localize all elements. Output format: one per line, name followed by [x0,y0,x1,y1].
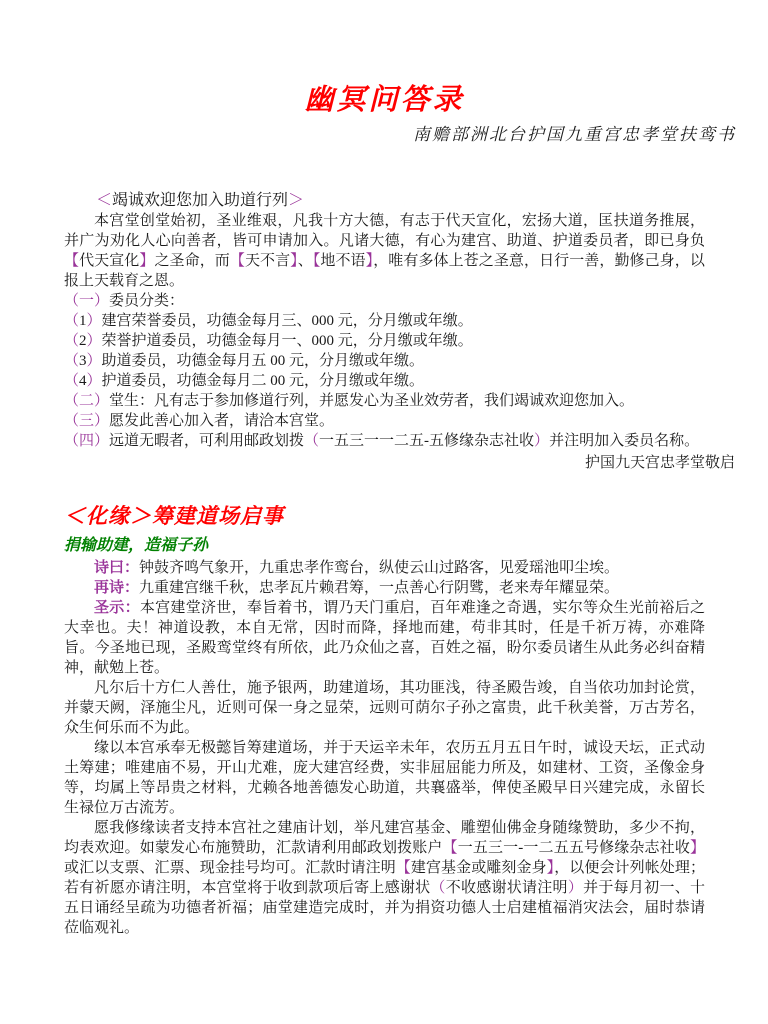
fundraising-section-heading: ＜化缘＞筹建道场启事 [64,503,705,529]
highlighted-text: 【 [443,840,458,856]
body-text: 或汇以支票、汇票、现金挂号均可。汇款时请注明 [64,860,396,876]
body-text: 凡尔后十方仁人善仕，施予银两，助建道场，其功匪浅，待圣殿告竣，自当依功加封论赏，… [64,680,705,736]
body-text: 1 [79,313,87,329]
highlighted-text: ＞ [288,192,304,209]
doc-title: 幽冥问答录 [64,83,705,117]
body-text: 九重建宫继千秋，忠孝瓦片赖君筹，一点善心行阴骘，老来寿年耀显荣。 [139,580,619,596]
body-text: 建宫荣誉委员，功德金每月三、000 元，分月缴或年缴。 [102,313,473,329]
poem-line-2: 再诗：九重建宫继千秋，忠孝瓦片赖君筹，一点善心行阴骘，老来寿年耀显荣。 [64,578,705,598]
holy-instruction-paragraph: 圣示：本宫建堂济世，奉旨着书，谓乃天门重启，百年难逢之奇遇，实尔等众生光前裕后之… [64,598,705,678]
highlighted-text: （ [64,313,79,329]
body-text: 堂生：凡有志于参加修道行列，并愿发心为圣业效劳者，我们竭诚欢迎您加入。 [109,393,634,409]
highlighted-text: ） [87,353,102,369]
list-item-hall-students: （二）堂生：凡有志于参加修道行列，并愿发心为圣业效劳者，我们竭诚欢迎您加入。 [64,391,705,411]
body-text: 天不言 [245,253,290,269]
list-item-contact: （三）愿发此善心加入者，请洽本宫堂。 [64,411,705,431]
body-text: 助道委员，功德金每月五 00 元，分月缴或年缴。 [102,353,425,369]
fundraising-subheading: 捐输助建，造福子孙 [64,536,705,556]
highlighted-text: （二） [64,393,109,409]
body-text: 、 [298,253,313,269]
highlighted-text: （三） [64,413,109,429]
highlighted-text: 【 [64,253,79,269]
body-text: 地不语 [320,253,365,269]
highlighted-text: ＜ [96,192,112,209]
body-text: 远道无暇者，可利用邮政划拨 [109,433,304,449]
list-item-member-classes: （一）委员分类： [64,291,705,311]
highlighted-text: ） [87,373,102,389]
list-item-postal-remittance: （四）远道无暇者，可利用邮政划拨（一五三一一二五-五修缘杂志社收）并注明加入委员… [64,431,705,451]
body-text: 竭诚欢迎您加入助道行列 [112,192,288,209]
highlighted-text: ） [568,880,583,896]
list-item-class-1: （1）建宫荣誉委员，功德金每月三、000 元，分月缴或年缴。 [64,311,705,331]
highlighted-text: （ [430,880,445,896]
highlighted-text: （一） [64,293,109,309]
body-text: 2 [79,333,87,349]
body-text: 并注明加入委员名称。 [549,433,699,449]
body-text: 一五三一-一二五五号修缘杂志社收 [458,840,690,856]
list-item-class-2: （2）荣誉护道委员，功德金每月一、000 元，分月缴或年缴。 [64,331,705,351]
body-text: 之圣命，而 [154,253,229,269]
highlighted-text: 再诗： [94,580,139,596]
body-text: 愿发此善心加入者，请洽本宫堂。 [109,413,334,429]
highlighted-text: （ [64,333,79,349]
body-text: 缘以本宫承奉无极懿旨筹建道场，并于天运辛未年，农历五月五日午时，诚设天坛，正式动… [64,740,705,816]
body-text: 本宫堂创堂始初，圣业维艰，凡我十方大德，有志于代天宣化，宏扬大道，匡扶道务推展，… [64,213,705,249]
body-text: 护道委员，功德金每月二 00 元，分月缴或年缴。 [102,373,425,389]
body-text: 一五三一一二五-五修缘杂志社收 [319,433,534,449]
highlighted-text: 圣示： [94,600,140,616]
signoff-line: 护国九天宫忠孝堂敬启 [64,453,735,473]
highlighted-text: 】 [290,253,298,269]
highlighted-text: 】 [690,840,705,856]
highlighted-text: （四） [64,433,109,449]
construction-funding-paragraph: 缘以本宫承奉无极懿旨筹建道场，并于天运辛未年，农历五月五日午时，诚设天坛，正式动… [64,738,705,818]
highlighted-text: ） [87,313,102,329]
list-item-class-3: （3）助道委员，功德金每月五 00 元，分月缴或年缴。 [64,351,705,371]
merit-reward-paragraph: 凡尔后十方仁人善仕，施予银两，助建道场，其功匪浅，待圣殿告竣，自当依功加封论赏，… [64,678,705,738]
body-text: 委员分类： [109,293,184,309]
body-text: 代天宣化 [79,253,139,269]
highlighted-text: 诗曰： [94,560,139,576]
body-text: 钟鼓齐鸣气象开，九重忠孝作鸾台，纵使云山过路客，见爱瑶池叩尘埃。 [139,560,619,576]
doc-subtitle: 南赡部洲北台护国九重宫忠孝堂扶鸾书 [64,124,736,146]
body-text: 荣誉护道委员，功德金每月一、000 元，分月缴或年缴。 [102,333,473,349]
highlighted-text: 】 [139,253,154,269]
join-section-heading: ＜竭诚欢迎您加入助道行列＞ [64,190,705,211]
document-page: 幽冥问答录 南赡部洲北台护国九重宫忠孝堂扶鸾书 ＜竭诚欢迎您加入助道行列＞ 本宫… [0,0,768,1024]
highlighted-text: ） [534,433,549,449]
poem-line-1: 诗曰：钟鼓齐鸣气象开，九重忠孝作鸾台，纵使云山过路客，见爱瑶池叩尘埃。 [64,558,705,578]
highlighted-text: 【 [396,860,411,876]
highlighted-text: （ [64,373,79,389]
body-text: 4 [79,373,87,389]
highlighted-text: 【 [230,253,245,269]
body-text: 3 [79,353,87,369]
donation-instructions-paragraph: 愿我修缘读者支持本宫社之建庙计划，举凡建宫基金、雕塑仙佛金身随缘赞助，多少不拘，… [64,818,705,938]
body-text: 本宫建堂济世，奉旨着书，谓乃天门重启，百年难逢之奇遇，实尔等众生光前裕后之大幸也… [64,600,705,676]
highlighted-text: ） [87,333,102,349]
highlighted-text: （ [304,433,319,449]
body-text: 不收感谢状请注明 [446,880,568,896]
document-content: 幽冥问答录 南赡部洲北台护国九重宫忠孝堂扶鸾书 ＜竭诚欢迎您加入助道行列＞ 本宫… [0,0,768,938]
list-item-class-4: （4）护道委员，功德金每月二 00 元，分月缴或年缴。 [64,371,705,391]
body-text: 建宫基金或雕刻金身 [411,860,547,876]
highlighted-text: （ [64,353,79,369]
join-intro-paragraph: 本宫堂创堂始初，圣业维艰，凡我十方大德，有志于代天宣化，宏扬大道，匡扶道务推展，… [64,211,705,291]
